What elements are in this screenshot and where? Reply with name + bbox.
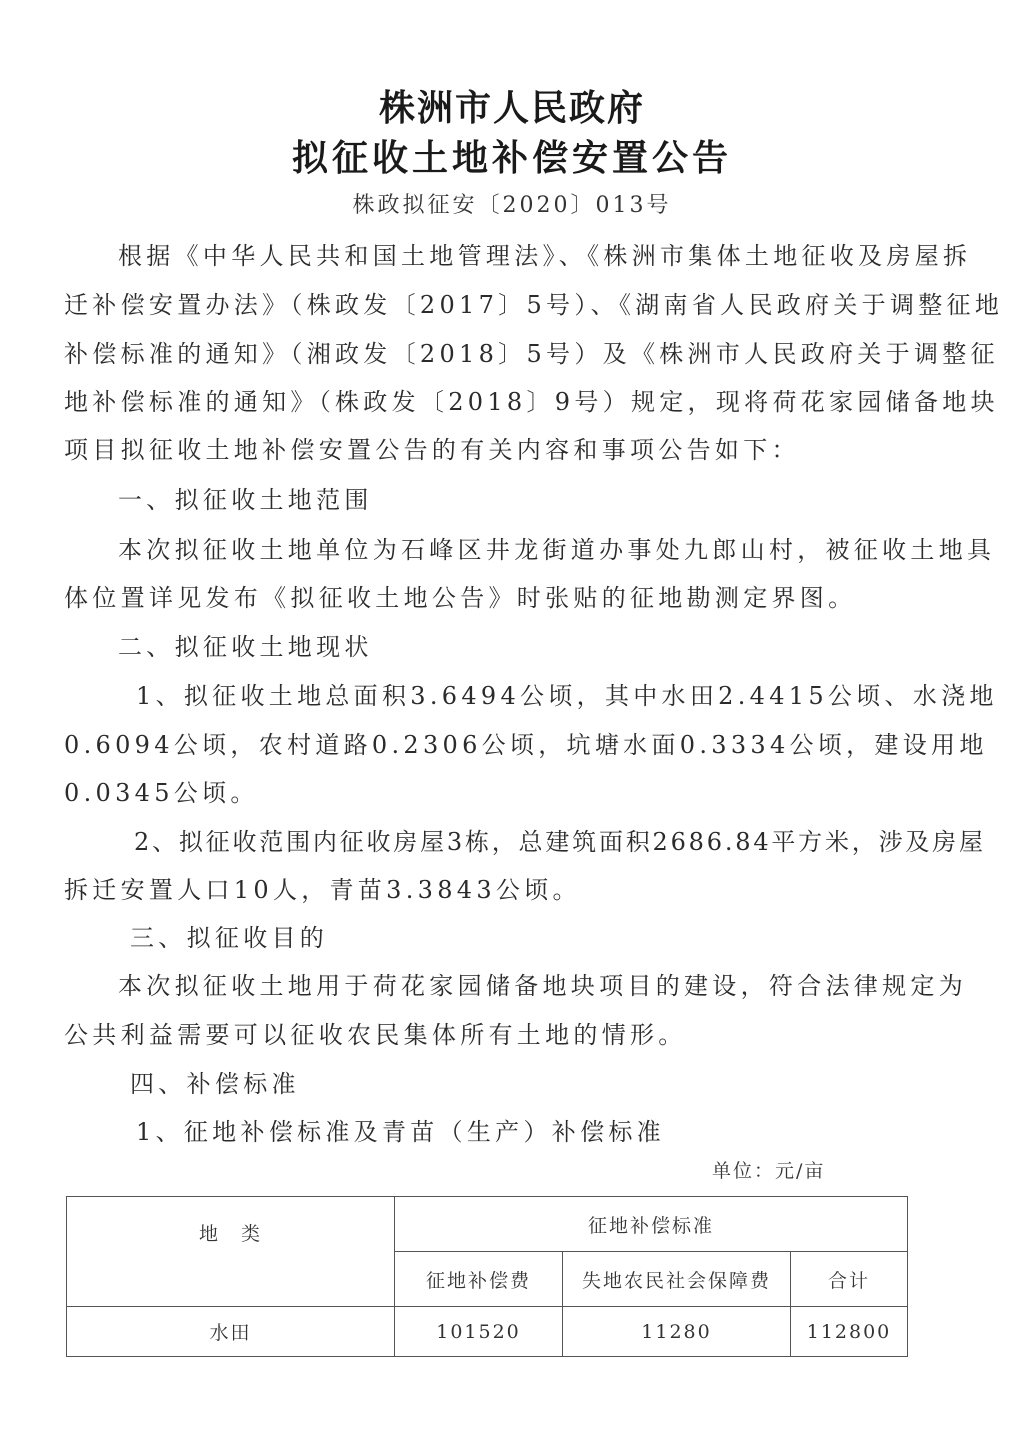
section-line: 本次拟征收土地用于荷花家园储备地块项目的建设，符合法律规定为 xyxy=(118,966,967,1001)
compensation-table: 地 类 征地补偿标准 征地补偿费 失地农民社会保障费 合计 水田 101520 … xyxy=(66,1196,908,1357)
header-total: 合计 xyxy=(791,1252,908,1307)
header-group: 征地补偿标准 xyxy=(395,1197,908,1252)
section-heading: 四、补偿标准 xyxy=(130,1064,300,1099)
intro-line: 补偿标准的通知》（湘政发〔2018〕5号）及《株洲市人民政府关于调整征 xyxy=(64,334,999,369)
intro-line: 根据《中华人民共和国土地管理法》、《株洲市集体土地征收及房屋拆 xyxy=(118,236,971,271)
section-line: 1、征地补偿标准及青苗（生产）补偿标准 xyxy=(136,1112,665,1147)
header-social-security-fee: 失地农民社会保障费 xyxy=(563,1252,791,1307)
table-row: 水田 101520 11280 112800 xyxy=(67,1307,908,1357)
section-line: 2、拟征收范围内征收房屋3栋，总建筑面积2686.84平方米，涉及房屋 xyxy=(134,822,986,857)
intro-line: 迁补偿安置办法》（株政发〔2017〕5号）、《湖南省人民政府关于调整征地 xyxy=(64,285,1003,320)
cell-value: 112800 xyxy=(791,1307,908,1357)
header-compensation-fee: 征地补偿费 xyxy=(395,1252,563,1307)
section-line: 1、拟征收土地总面积3.6494公顷，其中水田2.4415公顷、水浇地 xyxy=(136,676,998,711)
cell-land-type: 水田 xyxy=(67,1307,395,1357)
cell-value: 101520 xyxy=(395,1307,563,1357)
document-number: 株政拟征安〔2020〕013号 xyxy=(0,188,1024,219)
intro-line: 项目拟征收土地补偿安置公告的有关内容和事项公告如下： xyxy=(64,430,800,465)
section-heading: 三、拟征收目的 xyxy=(130,918,328,953)
section-line: 体位置详见发布《拟征收土地公告》时张贴的征地勘测定界图。 xyxy=(64,578,856,613)
notice-title: 拟征收土地补偿安置公告 xyxy=(0,130,1024,181)
section-line: 0.6094公顷，农村道路0.2306公顷，坑塘水面0.3334公顷，建设用地 xyxy=(64,725,988,760)
header-land-type: 地 类 xyxy=(67,1197,395,1307)
table-unit: 单位：元/亩 xyxy=(712,1156,825,1183)
cell-value: 11280 xyxy=(563,1307,791,1357)
section-line: 公共利益需要可以征收农民集体所有土地的情形。 xyxy=(64,1015,687,1050)
section-line: 拆迁安置人口10人，青苗3.3843公顷。 xyxy=(64,870,581,905)
section-line: 0.0345公顷。 xyxy=(64,773,259,808)
section-line: 本次拟征收土地单位为石峰区井龙街道办事处九郎山村，被征收土地具 xyxy=(118,530,995,565)
section-heading: 二、拟征收土地现状 xyxy=(118,627,373,662)
intro-line: 地补偿标准的通知》（株政发〔2018〕9号）规定，现将荷花家园储备地块 xyxy=(64,382,999,417)
issuer-title: 株洲市人民政府 xyxy=(0,80,1024,131)
section-heading: 一、拟征收土地范围 xyxy=(118,480,373,515)
